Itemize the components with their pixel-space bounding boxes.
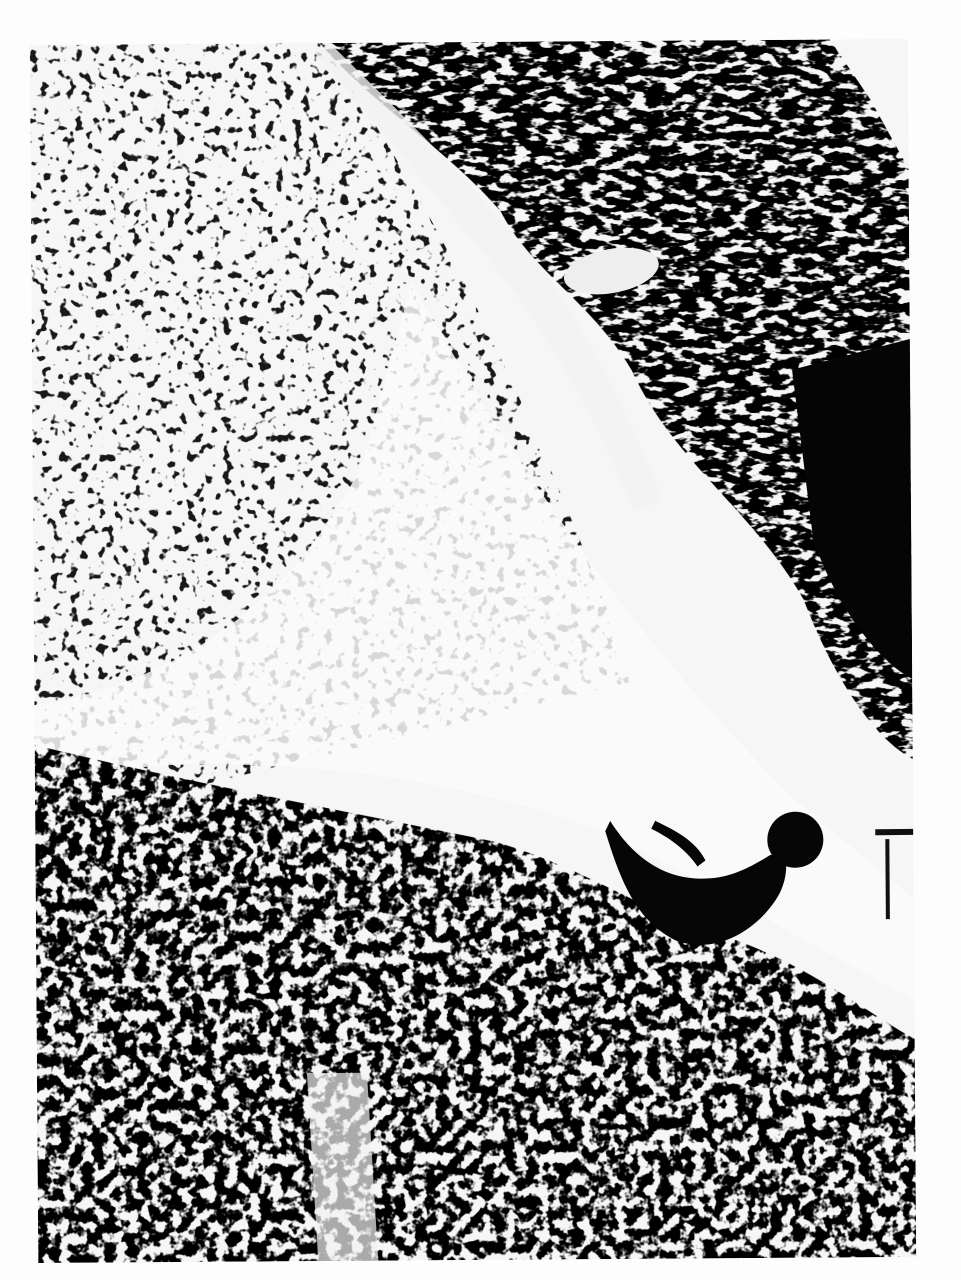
photograph	[30, 39, 916, 1263]
photo-scene	[30, 39, 916, 1263]
